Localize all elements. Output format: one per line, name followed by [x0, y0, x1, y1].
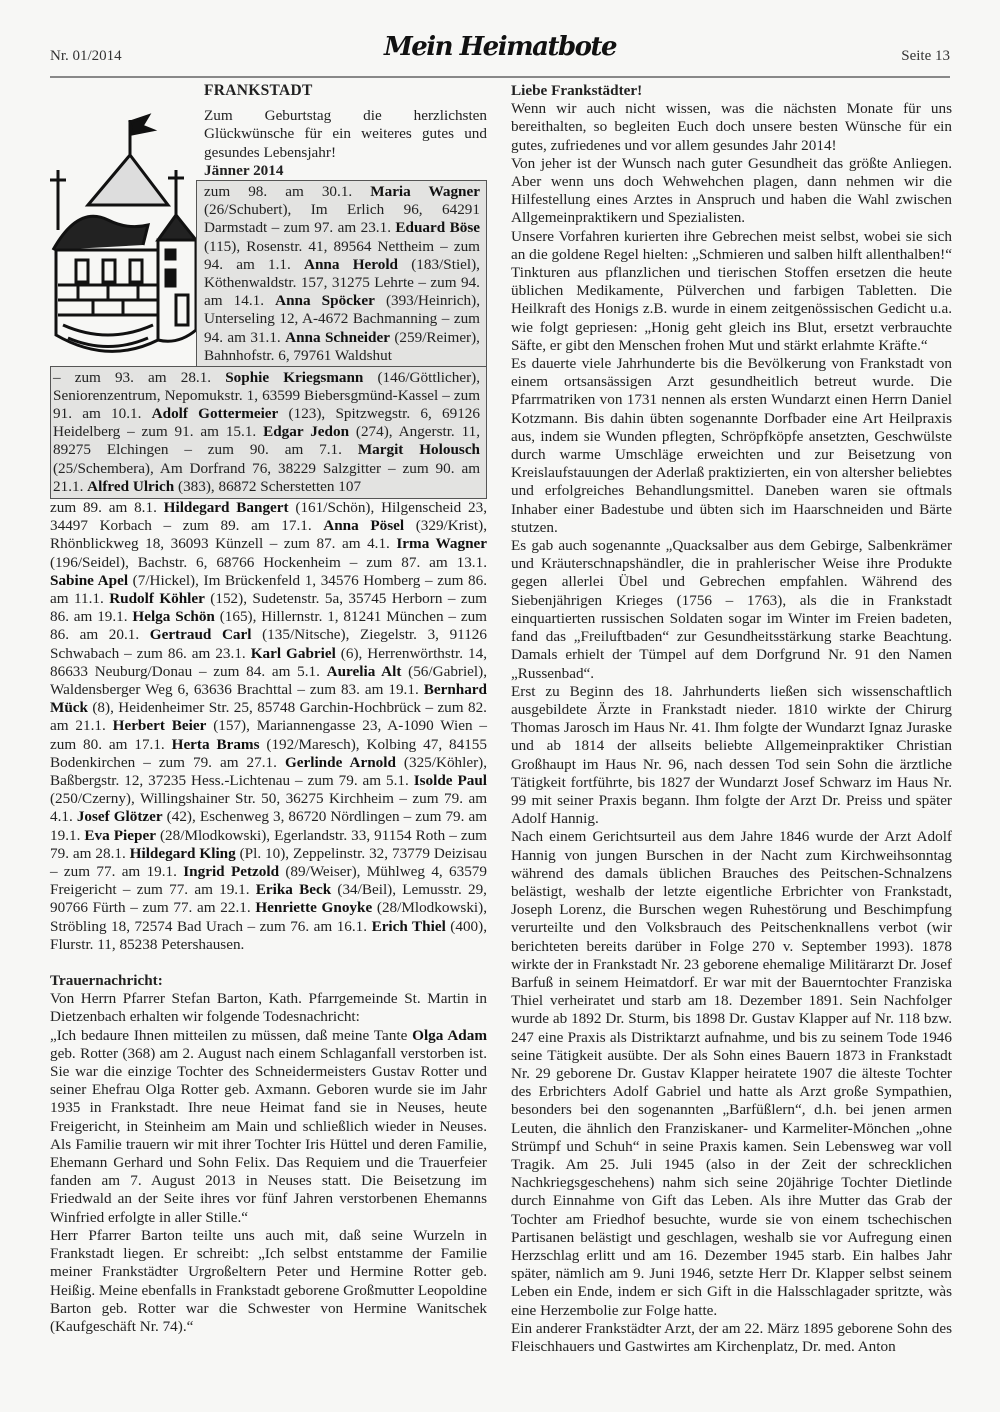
person-name: Gertraud Carl	[150, 626, 252, 643]
person-name: Hildegard Kling	[130, 845, 236, 862]
page-number: Seite 13	[901, 48, 950, 65]
article-paragraph: Es gab auch sogenannte „Quacksalber aus …	[511, 537, 952, 683]
right-column: Liebe Frankstädter! Wenn wir auch nicht …	[511, 82, 952, 1356]
person-name: Edgar Jedon	[263, 423, 349, 440]
article-paragraph: Von jeher ist der Wunsch nach guter Gesu…	[511, 155, 952, 228]
article-paragraph: Nach einem Gerichtsurteil aus dem Jahre …	[511, 828, 952, 1319]
person-name: Alfred Ulrich	[87, 478, 174, 495]
article-paragraph: Ein anderer Frankstädter Arzt, der am 22…	[511, 1320, 952, 1356]
section-title: FRANKSTADT	[204, 82, 487, 100]
person-name: Anna Herold	[304, 256, 398, 273]
birthday-intro: FRANKSTADT Zum Geburtstag die herzlichst…	[204, 82, 487, 180]
person-name: Adolf Gottermeier	[152, 405, 279, 422]
obituary-followup: Herr Pfarrer Barton teilte uns auch mit,…	[50, 1227, 487, 1336]
person-name: Hildegard Bangert	[164, 499, 289, 516]
person-name: Anna Schneider	[285, 329, 390, 346]
obituary-intro: Von Herrn Pfarrer Stefan Barton, Kath. P…	[50, 990, 487, 1026]
article-title: Liebe Frankstädter!	[511, 82, 952, 100]
person-name: Eva Pieper	[84, 827, 156, 844]
highlighted-birthdays-box-continued: – zum 93. am 28.1. Sophie Kriegsmann (14…	[50, 366, 487, 499]
person-name: Maria Wagner	[370, 183, 480, 200]
person-name: Sabine Apel	[50, 572, 128, 589]
month-heading: Jänner 2014	[204, 162, 487, 180]
obituary-title: Trauernachricht:	[50, 972, 487, 990]
person-name: Herbert Beier	[113, 717, 207, 734]
person-name: Herta Brams	[172, 736, 260, 753]
person-name: Isolde Paul	[414, 772, 487, 789]
article-paragraph: Unsere Vorfahren kurierten ihre Gebreche…	[511, 228, 952, 355]
person-name: Aurelia Alt	[327, 663, 402, 680]
obituary-quote: „Ich bedaure Ihnen mitteilen zu müssen, …	[50, 1027, 487, 1227]
article-paragraph: Es dauerte viele Jahrhunderte bis die Be…	[511, 355, 952, 537]
person-name: Sophie Kriegsmann	[225, 369, 363, 386]
person-name: Erich Thiel	[372, 918, 446, 935]
person-name: Rudolf Köhler	[109, 590, 205, 607]
birthday-list: zum 89. am 8.1. Hildegard Bangert (161/S…	[50, 499, 487, 954]
person-name: Eduard Böse	[395, 219, 480, 236]
person-name: Helga Schön	[132, 608, 214, 625]
left-column: FRANKSTADT Zum Geburtstag die herzlichst…	[50, 82, 487, 1336]
person-name: Josef Glötzer	[77, 808, 163, 825]
person-name: Gerlinde Arnold	[285, 754, 396, 771]
highlighted-birthdays-box: zum 98. am 30.1. Maria Wagner (26/Schube…	[196, 180, 487, 367]
person-name: Karl Gabriel	[251, 645, 336, 662]
person-name: Anna Spöcker	[275, 292, 375, 309]
entry-pre: zum 98. am 30.1.	[204, 183, 370, 200]
article-paragraph: Erst zu Beginn des 18. Jahrhunderts ließ…	[511, 683, 952, 829]
birthday-greeting: Zum Geburtstag die herzlichsten Glückwün…	[204, 107, 487, 162]
page-header: Nr. 01/2014 Mein Heimatbote Seite 13	[50, 38, 950, 78]
masthead-title: Mein Heimatbote	[384, 32, 616, 62]
issue-number: Nr. 01/2014	[50, 48, 122, 65]
person-name: Irma Wagner	[396, 535, 487, 552]
article-paragraph: Wenn wir auch nicht wissen, was die näch…	[511, 100, 952, 155]
person-name: Olga Adam	[412, 1027, 487, 1044]
person-name: Ingrid Petzold	[183, 863, 279, 880]
person-name: Margit Holousch	[358, 441, 480, 458]
person-name: Henriette Gnoyke	[255, 899, 372, 916]
person-name: Erika Beck	[256, 881, 331, 898]
person-name: Anna Pösel	[323, 517, 404, 534]
